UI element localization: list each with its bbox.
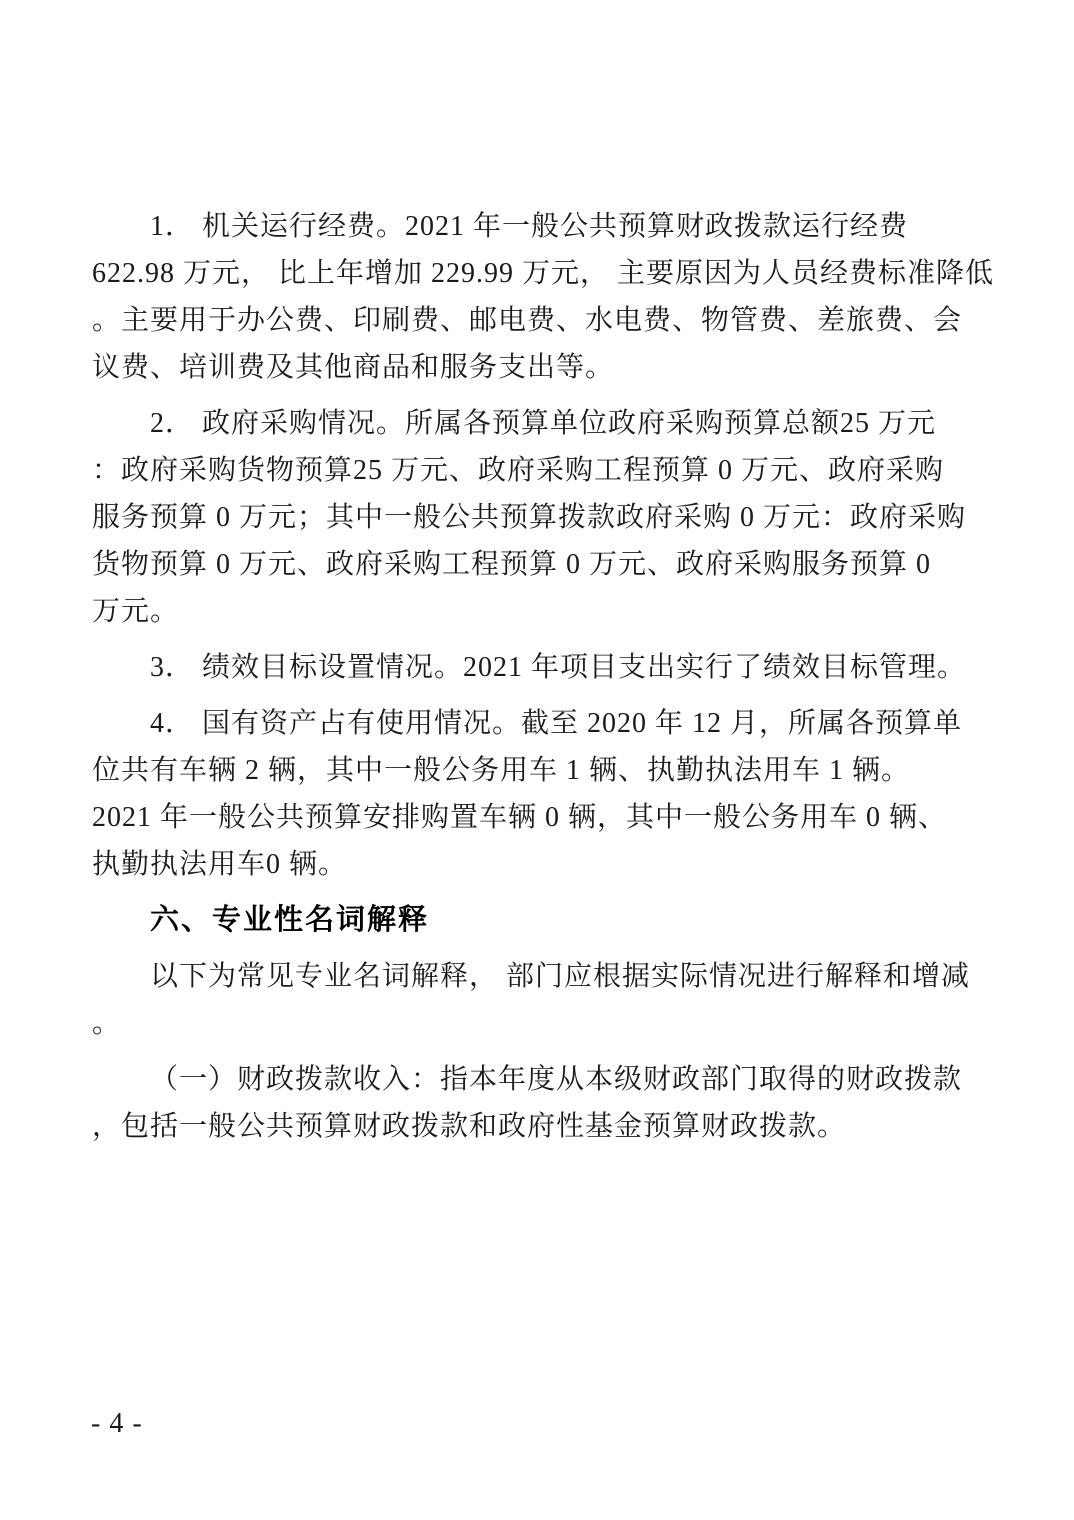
para-performance-targets: 3． 绩效目标设置情况。2021 年项目支出实行了绩效目标管理。: [92, 644, 992, 691]
text-line: 4． 国有资产占有使用情况。截至 2020 年 12 月，所属各预算单: [92, 700, 992, 747]
text-line: 。主要用于办公费、印刷费、邮电费、水电费、物管费、差旅费、会: [92, 297, 992, 344]
text-line: 以下为常见专业名词解释， 部门应根据实际情况进行解释和增减: [92, 953, 992, 1000]
text-line: 622.98 万元， 比上年增加 229.99 万元， 主要原因为人员经费标准降…: [92, 250, 992, 297]
page-number: - 4 -: [91, 1400, 143, 1447]
text-line: 2． 政府采购情况。所属各预算单位政府采购预算总额25 万元: [92, 400, 992, 447]
text-line: 2021 年一般公共预算安排购置车辆 0 辆，其中一般公务用车 0 辆、: [92, 794, 992, 841]
text-line: 服务预算 0 万元；其中一般公共预算拨款政府采购 0 万元：政府采购: [92, 494, 992, 541]
text-line: 3． 绩效目标设置情况。2021 年项目支出实行了绩效目标管理。: [92, 644, 992, 691]
heading-terminology: 六、专业性名词解释: [92, 897, 992, 944]
text-line: 万元。: [92, 588, 992, 635]
document-body: 1． 机关运行经费。2021 年一般公共预算财政拨款运行经费622.98 万元，…: [92, 203, 992, 1150]
text-line: ，包括一般公共预算财政拨款和政府性基金预算财政拨款。: [92, 1103, 992, 1150]
para-government-procurement: 2． 政府采购情况。所属各预算单位政府采购预算总额25 万元：政府采购货物预算2…: [92, 400, 992, 635]
text-line: 六、专业性名词解释: [92, 897, 992, 944]
para-state-assets: 4． 国有资产占有使用情况。截至 2020 年 12 月，所属各预算单位共有车辆…: [92, 700, 992, 888]
text-line: ：政府采购货物预算25 万元、政府采购工程预算 0 万元、政府采购: [92, 447, 992, 494]
text-line: 议费、培训费及其他商品和服务支出等。: [92, 344, 992, 391]
para-fiscal-appropriation-income: （一）财政拨款收入：指本年度从本级财政部门取得的财政拨款，包括一般公共预算财政拨…: [92, 1056, 992, 1150]
para-terminology-intro: 以下为常见专业名词解释， 部门应根据实际情况进行解释和增减。: [92, 953, 992, 1047]
text-line: 执勤执法用车0 辆。: [92, 841, 992, 888]
text-line: 。: [92, 1000, 992, 1047]
text-line: 货物预算 0 万元、政府采购工程预算 0 万元、政府采购服务预算 0: [92, 541, 992, 588]
text-line: 1． 机关运行经费。2021 年一般公共预算财政拨款运行经费: [92, 203, 992, 250]
text-line: （一）财政拨款收入：指本年度从本级财政部门取得的财政拨款: [92, 1056, 992, 1103]
text-line: 位共有车辆 2 辆，其中一般公务用车 1 辆、执勤执法用车 1 辆。: [92, 747, 992, 794]
para-agency-operating-expenses: 1． 机关运行经费。2021 年一般公共预算财政拨款运行经费622.98 万元，…: [92, 203, 992, 391]
